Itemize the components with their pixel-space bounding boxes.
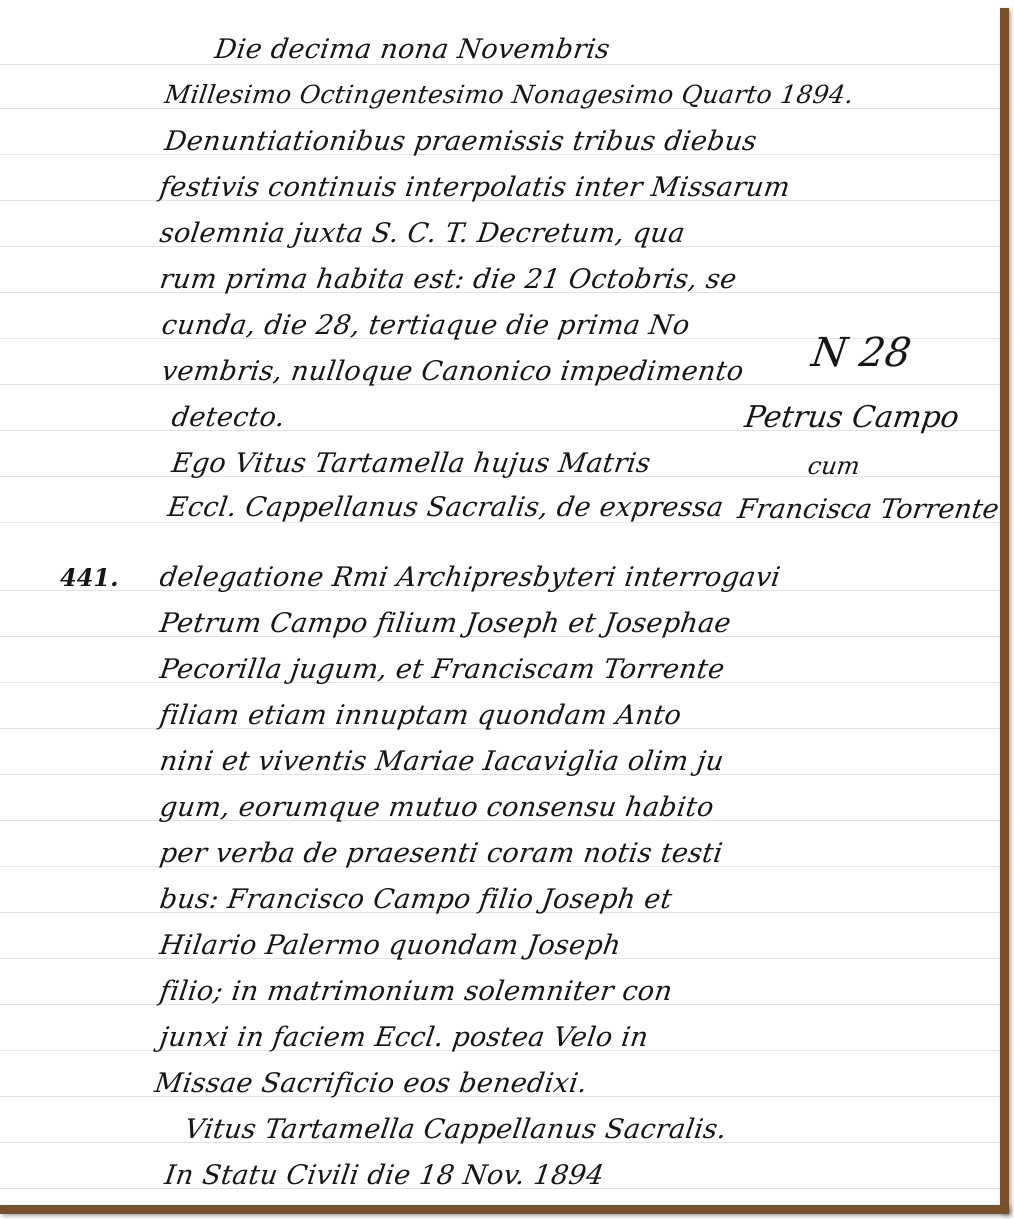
entry-line: gum, eorumque mutuo consensu habito — [158, 792, 716, 823]
entry-line: nini et viventis Mariae Iacaviglia olim … — [158, 746, 726, 777]
bride-name: Francisca Torrente — [736, 494, 1001, 525]
entry-line: vembris, nulloque Canonico impedimento — [160, 356, 746, 387]
entry-line: festivis continuis interpolatis inter Mi… — [158, 172, 792, 203]
document-page: Die decima nona Novembris Millesimo Octi… — [0, 0, 1000, 1205]
entry-line: Missae Sacrificio eos benedixi. — [153, 1068, 589, 1099]
frame-border-bottom — [0, 1205, 1009, 1214]
entry-number: N 28 — [809, 330, 914, 376]
entry-line: detecto. — [170, 402, 287, 433]
entry-line: per verba de praesenti coram notis testi — [158, 838, 725, 869]
entry-line: Eccl. Cappellanus Sacralis, de expressa — [166, 492, 726, 523]
groom-name: Petrus Campo — [743, 400, 962, 435]
entry-line: Hilario Palermo quondam Joseph — [158, 930, 623, 961]
entry-line: filio; in matrimonium solemniter con — [158, 976, 675, 1007]
entry-line: rum prima habita est: die 21 Octobris, s… — [158, 264, 739, 295]
entry-line: Pecorilla jugum, et Franciscam Torrente — [158, 654, 727, 685]
entry-line: bus: Francisco Campo filio Joseph et — [158, 884, 674, 915]
conjunction: cum — [806, 452, 862, 480]
entry-line: Millesimo Octingentesimo Nonagesimo Quar… — [163, 80, 856, 109]
signature-line: Vitus Tartamella Cappellanus Sacralis. — [183, 1114, 729, 1145]
frame-border-right — [1000, 8, 1009, 1213]
entry-line: junxi in faciem Eccl. postea Velo in — [158, 1022, 651, 1053]
entry-line: Petrum Campo filium Joseph et Josephae — [158, 608, 733, 639]
entry-line: solemnia juxta S. C. T. Decretum, qua — [158, 218, 687, 249]
record-number: 441. — [60, 563, 118, 592]
entry-line: Die decima nona Novembris — [213, 34, 612, 65]
entry-line: delegatione Rmi Archipresbyteri interrog… — [158, 562, 783, 593]
entry-line: Ego Vitus Tartamella hujus Matris — [170, 448, 653, 479]
entry-line: filiam etiam innuptam quondam Anto — [158, 700, 684, 731]
civil-status-line: In Statu Civili die 18 Nov. 1894 — [163, 1160, 606, 1191]
entry-line: Denuntiationibus praemissis tribus diebu… — [163, 126, 759, 157]
entry-line: cunda, die 28, tertiaque die prima No — [160, 310, 692, 341]
